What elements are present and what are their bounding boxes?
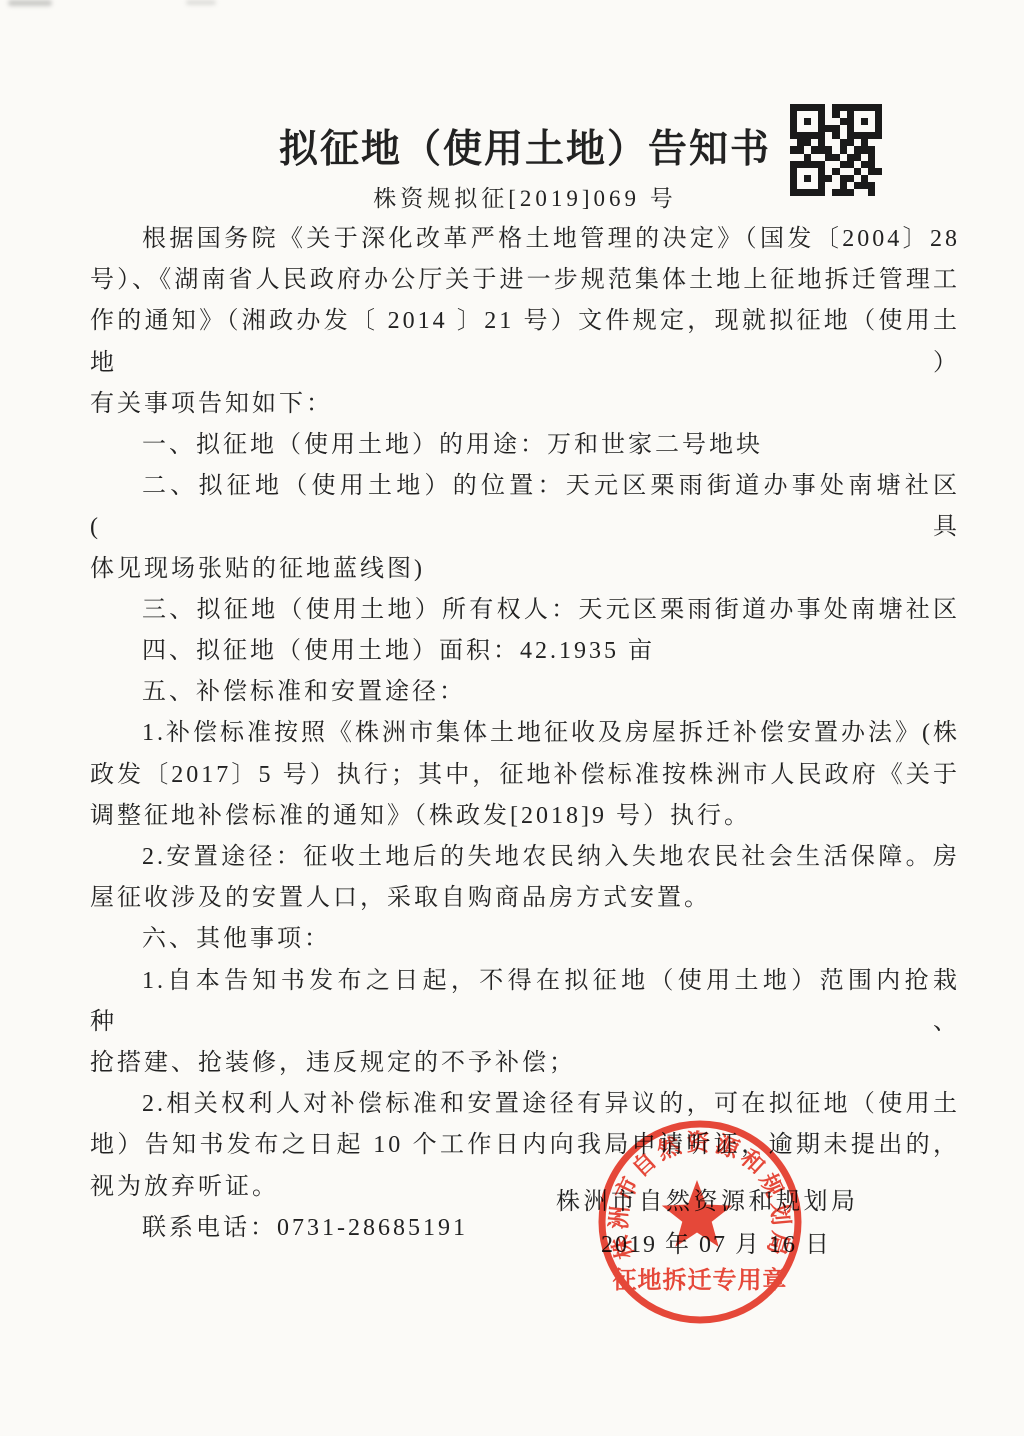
body-line: 二、拟征地（使用土地）的位置：天元区栗雨街道办事处南塘社区 (具 — [90, 466, 960, 548]
body-line: 1.补偿标准按照《株洲市集体土地征收及房屋拆迁补偿安置办法》(株 — [90, 713, 960, 754]
body-line: 抢搭建、抢装修，违反规定的不予补偿； — [90, 1043, 960, 1084]
scanned-document-page: 拟征地（使用土地）告知书 株资规拟征[2019]069 号 根据国务院《关于深化… — [0, 0, 1024, 1436]
body-line: 屋征收涉及的安置人口，采取自购商品房方式安置。 — [90, 878, 960, 919]
body-line: 六、其他事项： — [90, 919, 960, 960]
body-line: 1.自本告知书发布之日起，不得在拟征地（使用土地）范围内抢栽种、 — [90, 961, 960, 1043]
body-line: 四、拟征地（使用土地）面积：42.1935 亩 — [90, 631, 960, 672]
body-line: 调整征地补偿标准的通知》（株政发[2018]9 号）执行。 — [90, 796, 960, 837]
body-line: 体见现场张贴的征地蓝线图) — [90, 549, 960, 590]
body-line: 号）、《湖南省人民政府办公厅关于进一步规范集体土地上征地拆迁管理工 — [90, 260, 960, 301]
scan-smudge — [186, 0, 216, 5]
body-line: 一、拟征地（使用土地）的用途：万和世家二号地块 — [90, 425, 960, 466]
document-body: 根据国务院《关于深化改革严格土地管理的决定》（国发〔2004〕28 号）、《湖南… — [90, 219, 960, 1249]
body-line: 政发〔2017〕5 号）执行；其中，征地补偿标准按株洲市人民政府《关于 — [90, 755, 960, 796]
body-line: 2.安置途径：征收土地后的失地农民纳入失地农民社会生活保障。房 — [90, 837, 960, 878]
body-line: 地）告知书发布之日起 10 个工作日内向我局申请听证，逾期未提出的， — [90, 1125, 960, 1166]
body-line: 作的通知》（湘政办发〔 2014 〕21 号）文件规定，现就拟征地（使用土地） — [90, 301, 960, 383]
body-line: 根据国务院《关于深化改革严格土地管理的决定》（国发〔2004〕28 — [90, 219, 960, 260]
scan-smudge — [8, 0, 52, 6]
body-line: 五、补偿标准和安置途径： — [90, 672, 960, 713]
official-seal: 株洲市自然资源和规划局 征地拆迁专用章 — [595, 1117, 805, 1327]
body-line: 2.相关权利人对补偿标准和安置途径有异议的，可在拟征地（使用土 — [90, 1084, 960, 1125]
seal-star-icon — [662, 1180, 732, 1247]
qr-code-icon — [790, 104, 882, 196]
body-line: 三、拟征地（使用土地）所有权人：天元区栗雨街道办事处南塘社区 — [90, 590, 960, 631]
seal-bottom-text: 征地拆迁专用章 — [613, 1266, 788, 1294]
body-line: 有关事项告知如下： — [90, 384, 960, 425]
